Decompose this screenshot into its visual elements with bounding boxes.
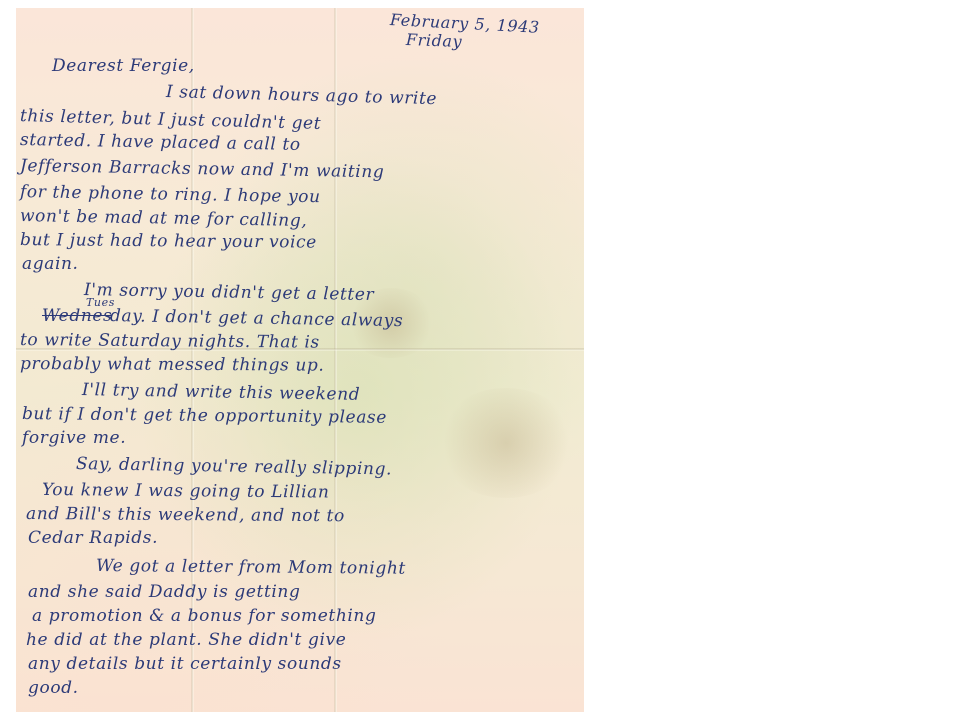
letter-day: Friday [406, 30, 463, 51]
letter-line: Jefferson Barracks now and I'm waiting [20, 156, 385, 182]
letter-line: a promotion & a bonus for something [32, 606, 376, 626]
letter-line: and she said Daddy is getting [28, 582, 300, 602]
letter-line: but if I don't get the opportunity pleas… [22, 404, 387, 428]
letter-page: February 5, 1943 Friday Dearest Fergie, … [16, 8, 584, 712]
letter-line: forgive me. [22, 428, 126, 448]
letter-line: probably what messed things up. [20, 354, 325, 376]
letter-line: he did at the plant. She didn't give [26, 630, 346, 650]
letter-line: any details but it certainly sounds [28, 654, 342, 674]
letter-line: won't be mad at me for calling, [20, 206, 308, 231]
salutation: Dearest Fergie, [52, 56, 195, 76]
letter-line: again. [22, 254, 79, 274]
letter-line: I sat down hours ago to write [166, 82, 438, 109]
letter-line: good. [28, 678, 79, 698]
letter-line: We got a letter from Mom tonight [96, 556, 406, 579]
letter-line: to write Saturday nights. That is [20, 330, 320, 353]
letter-line: started. I have placed a call to [20, 130, 301, 155]
letter-line: I'll try and write this weekend [82, 380, 361, 405]
letter-line: and Bill's this weekend, and not to [26, 504, 345, 526]
letter-line: for the phone to ring. I hope you [20, 182, 321, 207]
letter-line: Say, darling you're really slipping. [76, 454, 392, 480]
struck-word: Wednes [42, 306, 112, 326]
letter-line: this letter, but I just couldn't get [20, 106, 322, 134]
water-stain [436, 388, 576, 498]
letter-line: You knew I was going to Lillian [42, 480, 330, 503]
letter-line: but I just had to hear your voice [20, 230, 317, 253]
letter-line: I'm sorry you didn't get a letter [84, 280, 375, 305]
letter-line: Cedar Rapids. [28, 528, 158, 548]
letter-line: day. I don't get a chance always [110, 306, 404, 331]
